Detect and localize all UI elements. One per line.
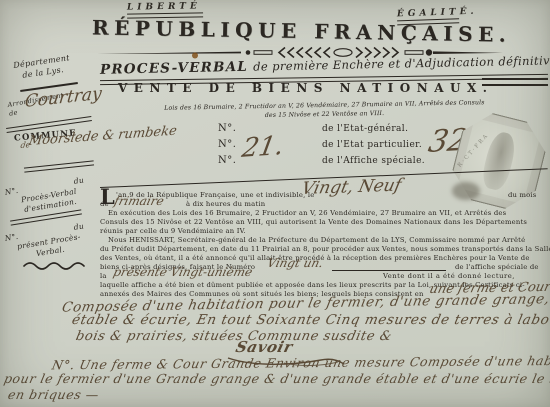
etat-general-label: de l'Etat-général.	[322, 125, 408, 134]
body-line-7: du Préfet dudit Département, en date du …	[100, 246, 550, 253]
body-line-1-end: du mois	[508, 192, 537, 199]
manuscript-line-2: étable & écurie, En tout Soixante Cinq m…	[71, 314, 550, 328]
body-line-5: réunis par celle du 9 Vendémiaire an IV.	[100, 228, 246, 235]
double-rule	[482, 78, 548, 86]
vente-ordinal-handwritten: présente Vingt-unième	[112, 266, 254, 278]
affiche-speciale-label: de l'Affiche spéciale.	[322, 157, 425, 166]
etat-particulier-label: de l'Etat particulier.	[322, 141, 422, 150]
body-line-2: de	[100, 201, 109, 208]
affiche-sequence-handwritten: 21.	[240, 133, 286, 162]
lois-reference: Lois des 16 Brumaire, 2 Fructidor an V, …	[122, 97, 527, 123]
departement-label: Département de la Lys.	[13, 53, 72, 82]
date-day-handwritten: Vingt, Neuf	[300, 177, 403, 198]
bottom-line-3: en briques —	[7, 389, 101, 402]
double-rule	[24, 160, 94, 172]
bottom-line-2: pour le fermier d'une Grande grange & d'…	[3, 373, 550, 386]
body-line-3: En exécution des Lois des 16 Brumaire, 2…	[108, 210, 506, 217]
numero-prefix: N°.	[218, 140, 236, 150]
motto-egalite-text: ÉGALITÉ.	[397, 8, 478, 20]
title-republique: RÉPUBLIQUE FRANÇAISE.	[92, 17, 512, 44]
numero-handwritten: Vingt un.	[266, 257, 325, 269]
motto-liberte-text: LIBERTÉ	[127, 2, 203, 12]
numero-prefix: N°.	[218, 156, 236, 166]
bottom-line-1: N°. Une ferme & Cour Grande Environ une …	[51, 355, 550, 372]
commune-handwritten: Moorslede & rumbeke	[28, 125, 178, 148]
body-line-2-end: à dix heures du matin	[186, 201, 265, 208]
manuscript-line-3: bois & prairies, situées Commune susdite…	[75, 330, 394, 343]
body-line-6: Nous HENISSART, Secrétaire-général de la…	[108, 237, 525, 244]
document: LIBERTÉ ÉGALITÉ. RÉPUBLIQUE FRANÇAISE. D…	[0, 0, 550, 407]
numero-prefix: N°.	[218, 124, 236, 134]
savoir-heading: Savoir	[234, 340, 294, 355]
vente-title: VENTE DE BIENS NATIONAUX.	[118, 82, 493, 94]
body-line-10: la	[100, 273, 107, 280]
wavy-line-icon	[22, 259, 86, 271]
body-line-4: Consuls des 15 Nivôse et 22 Ventôse an V…	[100, 219, 527, 226]
body-line-10-end: Vente dont il a été donné lecture,	[383, 273, 515, 280]
ink-smudge	[452, 182, 480, 200]
fill-in-rule	[332, 270, 446, 271]
month-handwritten: frimaire	[113, 195, 165, 207]
body-line-9-end: de l'affiche spéciale de	[455, 264, 539, 271]
pv-present-label: N°. du présent Procès- Verbal.	[4, 220, 94, 263]
